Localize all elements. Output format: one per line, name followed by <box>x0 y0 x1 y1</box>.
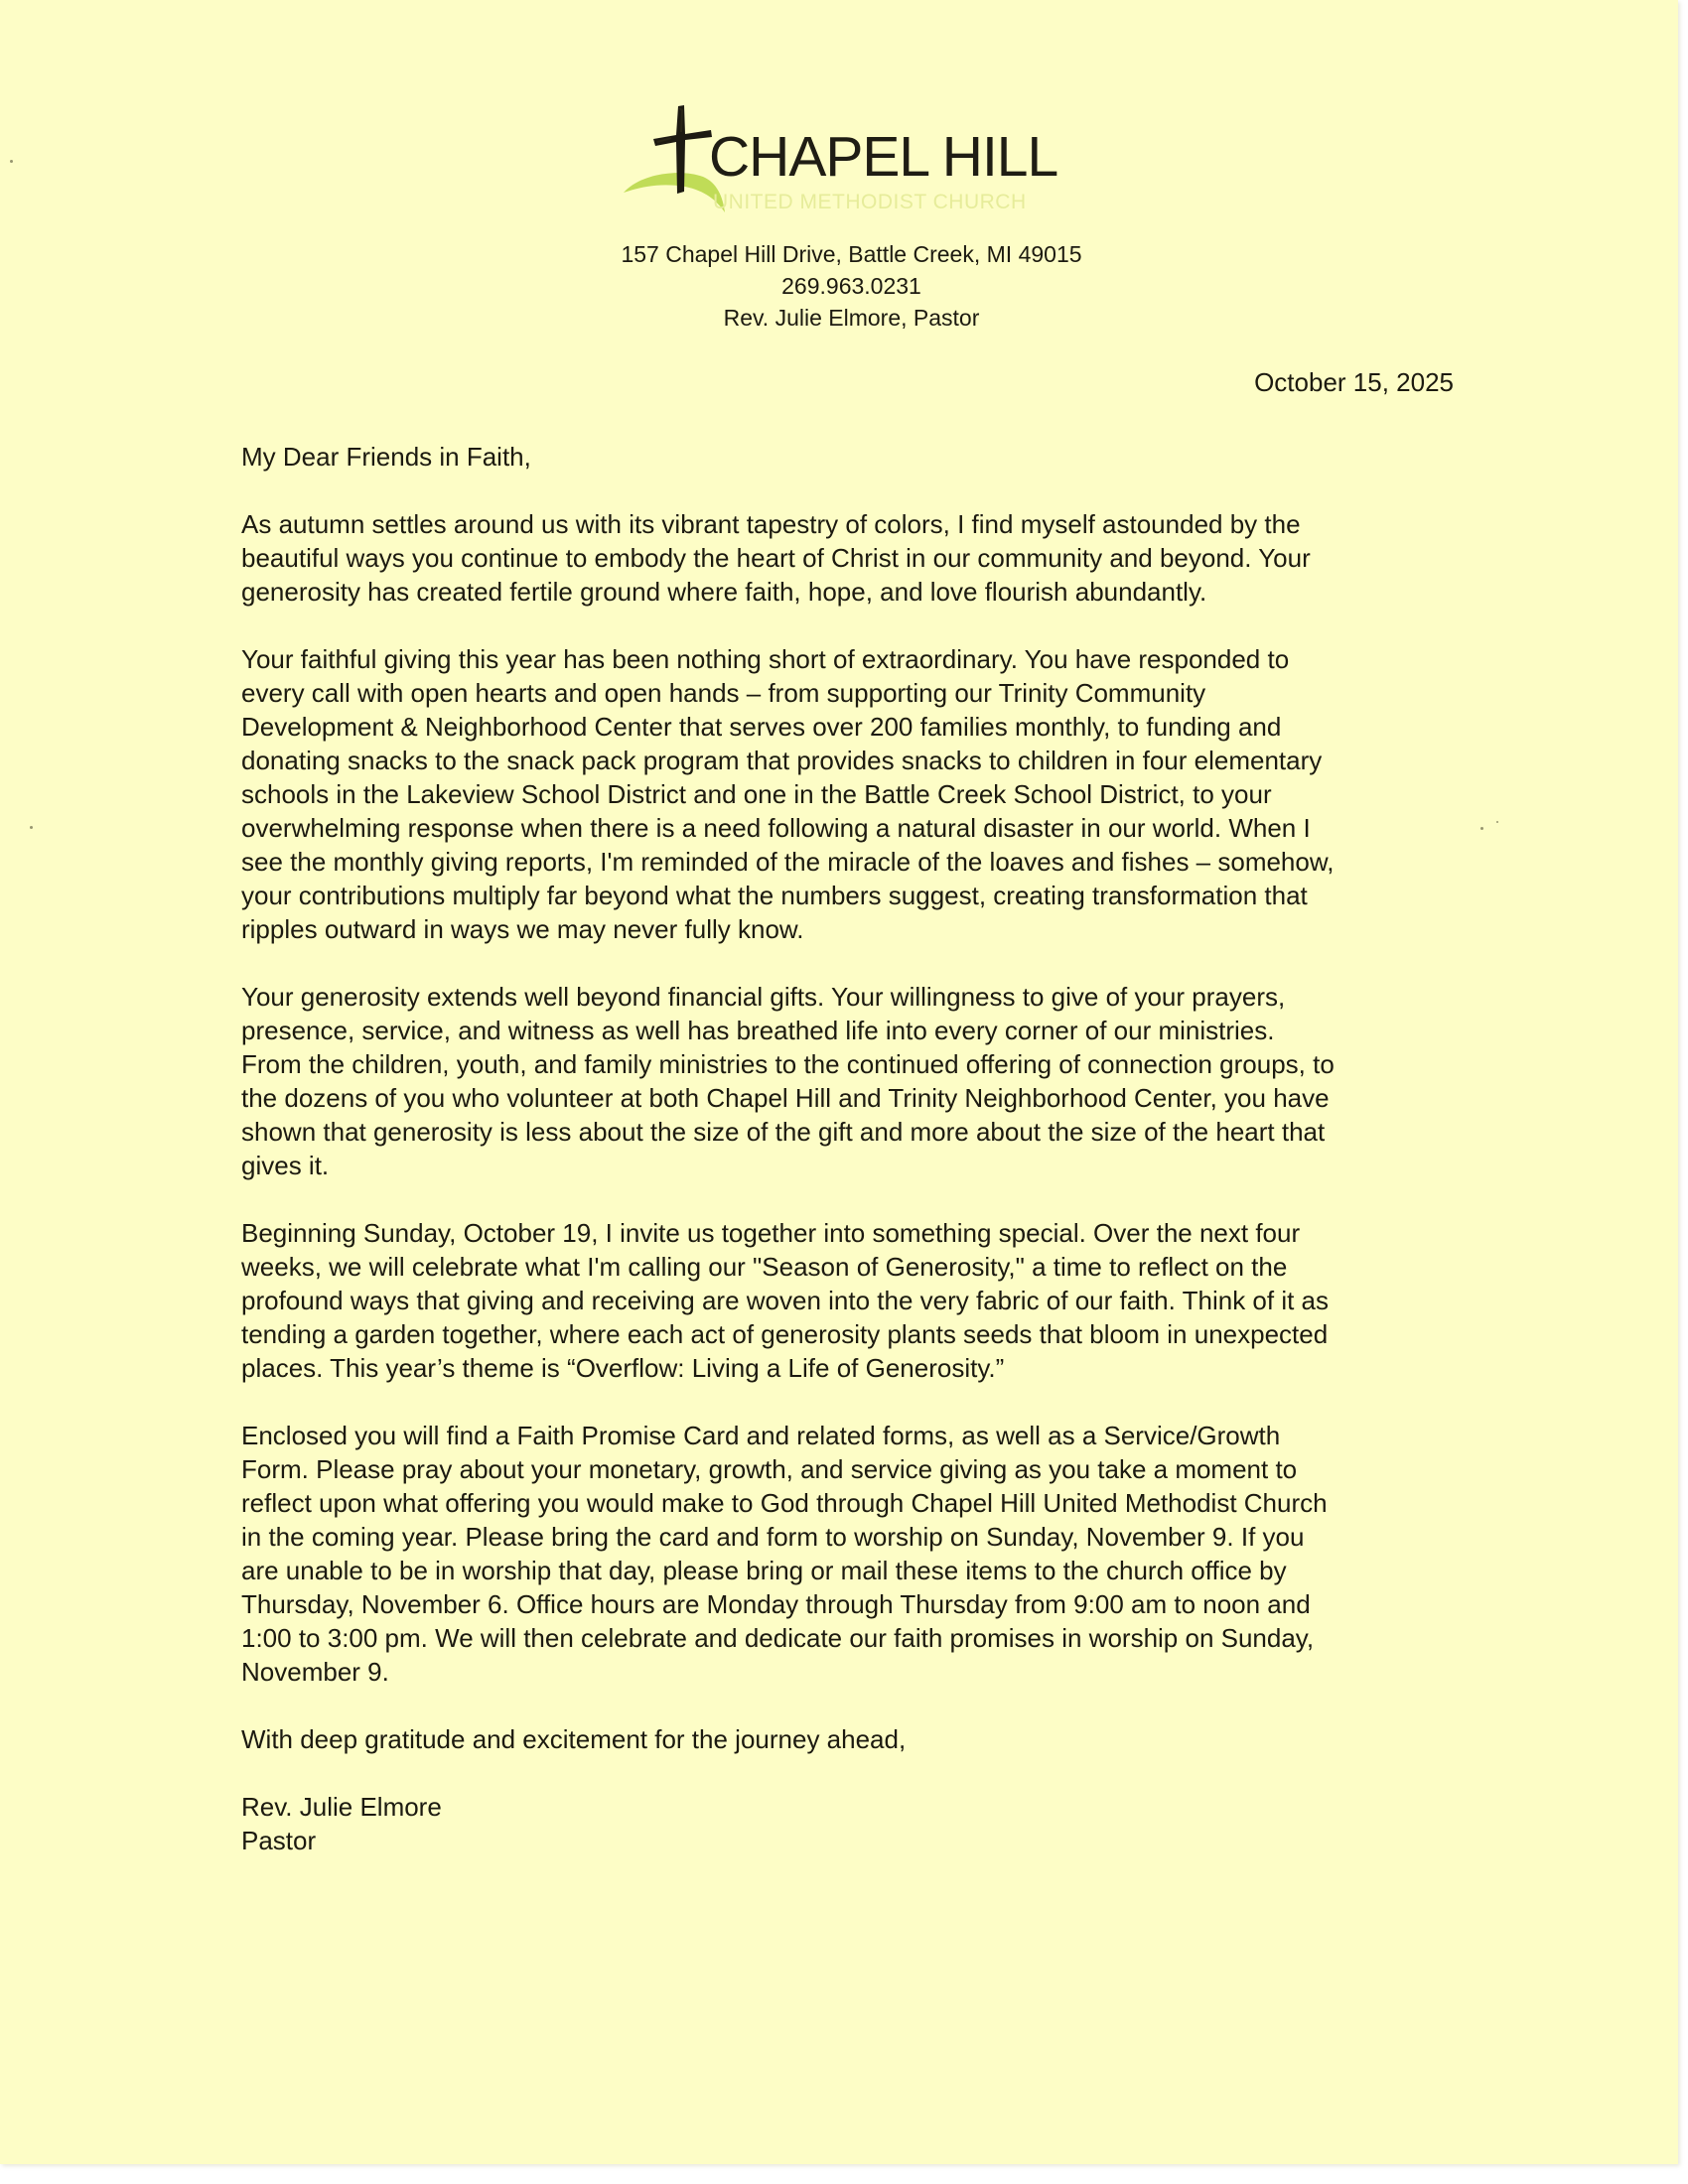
scan-speck <box>1496 821 1498 823</box>
church-logo: CHAPEL HILL UNITED METHODIST CHURCH <box>622 99 1098 213</box>
text-line: Beginning Sunday, October 19, I invite u… <box>241 1216 1482 1250</box>
church-address: 157 Chapel Hill Drive, Battle Creek, MI … <box>15 238 1688 270</box>
text-line: As autumn settles around us with its vib… <box>241 507 1482 541</box>
letter-date: October 15, 2025 <box>1254 367 1454 397</box>
text-line: tending a garden together, where each ac… <box>241 1317 1482 1351</box>
salutation: My Dear Friends in Faith, <box>241 440 1482 474</box>
text-line: schools in the Lakeview School District … <box>241 777 1482 811</box>
church-denomination: UNITED METHODIST CHURCH <box>713 192 1027 212</box>
text-line: From the children, youth, and family min… <box>241 1047 1482 1081</box>
letter-body: My Dear Friends in Faith, As autumn sett… <box>241 440 1482 1857</box>
text-line: gives it. <box>241 1149 1482 1182</box>
text-line: Enclosed you will find a Faith Promise C… <box>241 1419 1482 1452</box>
cross-icon <box>651 104 713 196</box>
signature-block: Rev. Julie Elmore Pastor <box>241 1790 1482 1857</box>
text-line: your contributions multiply far beyond w… <box>241 879 1482 912</box>
text-line: see the monthly giving reports, I'm remi… <box>241 845 1482 879</box>
text-line: the dozens of you who volunteer at both … <box>241 1081 1482 1115</box>
church-name: CHAPEL HILL <box>709 129 1057 186</box>
letterhead-contact: 157 Chapel Hill Drive, Battle Creek, MI … <box>0 238 1688 334</box>
paragraph-3: Your generosity extends well beyond fina… <box>241 980 1482 1182</box>
paragraph-2: Your faithful giving this year has been … <box>241 642 1482 946</box>
paragraph-5: Enclosed you will find a Faith Promise C… <box>241 1419 1482 1689</box>
letter-page: CHAPEL HILL UNITED METHODIST CHURCH 157 … <box>0 0 1678 2164</box>
text-line: 1:00 to 3:00 pm. We will then celebrate … <box>241 1621 1482 1655</box>
signature-title: Pastor <box>241 1824 1482 1857</box>
text-line: beautiful ways you continue to embody th… <box>241 541 1482 575</box>
church-phone: 269.963.0231 <box>15 270 1688 302</box>
text-line: reflect upon what offering you would mak… <box>241 1486 1482 1520</box>
text-line: generosity has created fertile ground wh… <box>241 575 1482 609</box>
text-line: are unable to be in worship that day, pl… <box>241 1554 1482 1587</box>
text-line: presence, service, and witness as well h… <box>241 1014 1482 1047</box>
paragraph-4: Beginning Sunday, October 19, I invite u… <box>241 1216 1482 1385</box>
text-line: in the coming year. Please bring the car… <box>241 1520 1482 1554</box>
text-line: ripples outward in ways we may never ful… <box>241 912 1482 946</box>
text-line: weeks, we will celebrate what I'm callin… <box>241 1250 1482 1284</box>
closing: With deep gratitude and excitement for t… <box>241 1722 1482 1756</box>
text-line: overwhelming response when there is a ne… <box>241 811 1482 845</box>
text-line: donating snacks to the snack pack progra… <box>241 744 1482 777</box>
text-line: Development & Neighborhood Center that s… <box>241 710 1482 744</box>
signature-name: Rev. Julie Elmore <box>241 1790 1482 1824</box>
text-line: shown that generosity is less about the … <box>241 1115 1482 1149</box>
text-line: Your faithful giving this year has been … <box>241 642 1482 676</box>
text-line: Thursday, November 6. Office hours are M… <box>241 1587 1482 1621</box>
text-line: Your generosity extends well beyond fina… <box>241 980 1482 1014</box>
text-line: profound ways that giving and receiving … <box>241 1284 1482 1317</box>
pastor-line: Rev. Julie Elmore, Pastor <box>15 302 1688 334</box>
text-line: November 9. <box>241 1655 1482 1689</box>
scan-speck <box>30 826 33 829</box>
text-line: places. This year’s theme is “Overflow: … <box>241 1351 1482 1385</box>
text-line: Form. Please pray about your monetary, g… <box>241 1452 1482 1486</box>
text-line: every call with open hearts and open han… <box>241 676 1482 710</box>
scan-speck <box>10 160 13 163</box>
paragraph-1: As autumn settles around us with its vib… <box>241 507 1482 609</box>
